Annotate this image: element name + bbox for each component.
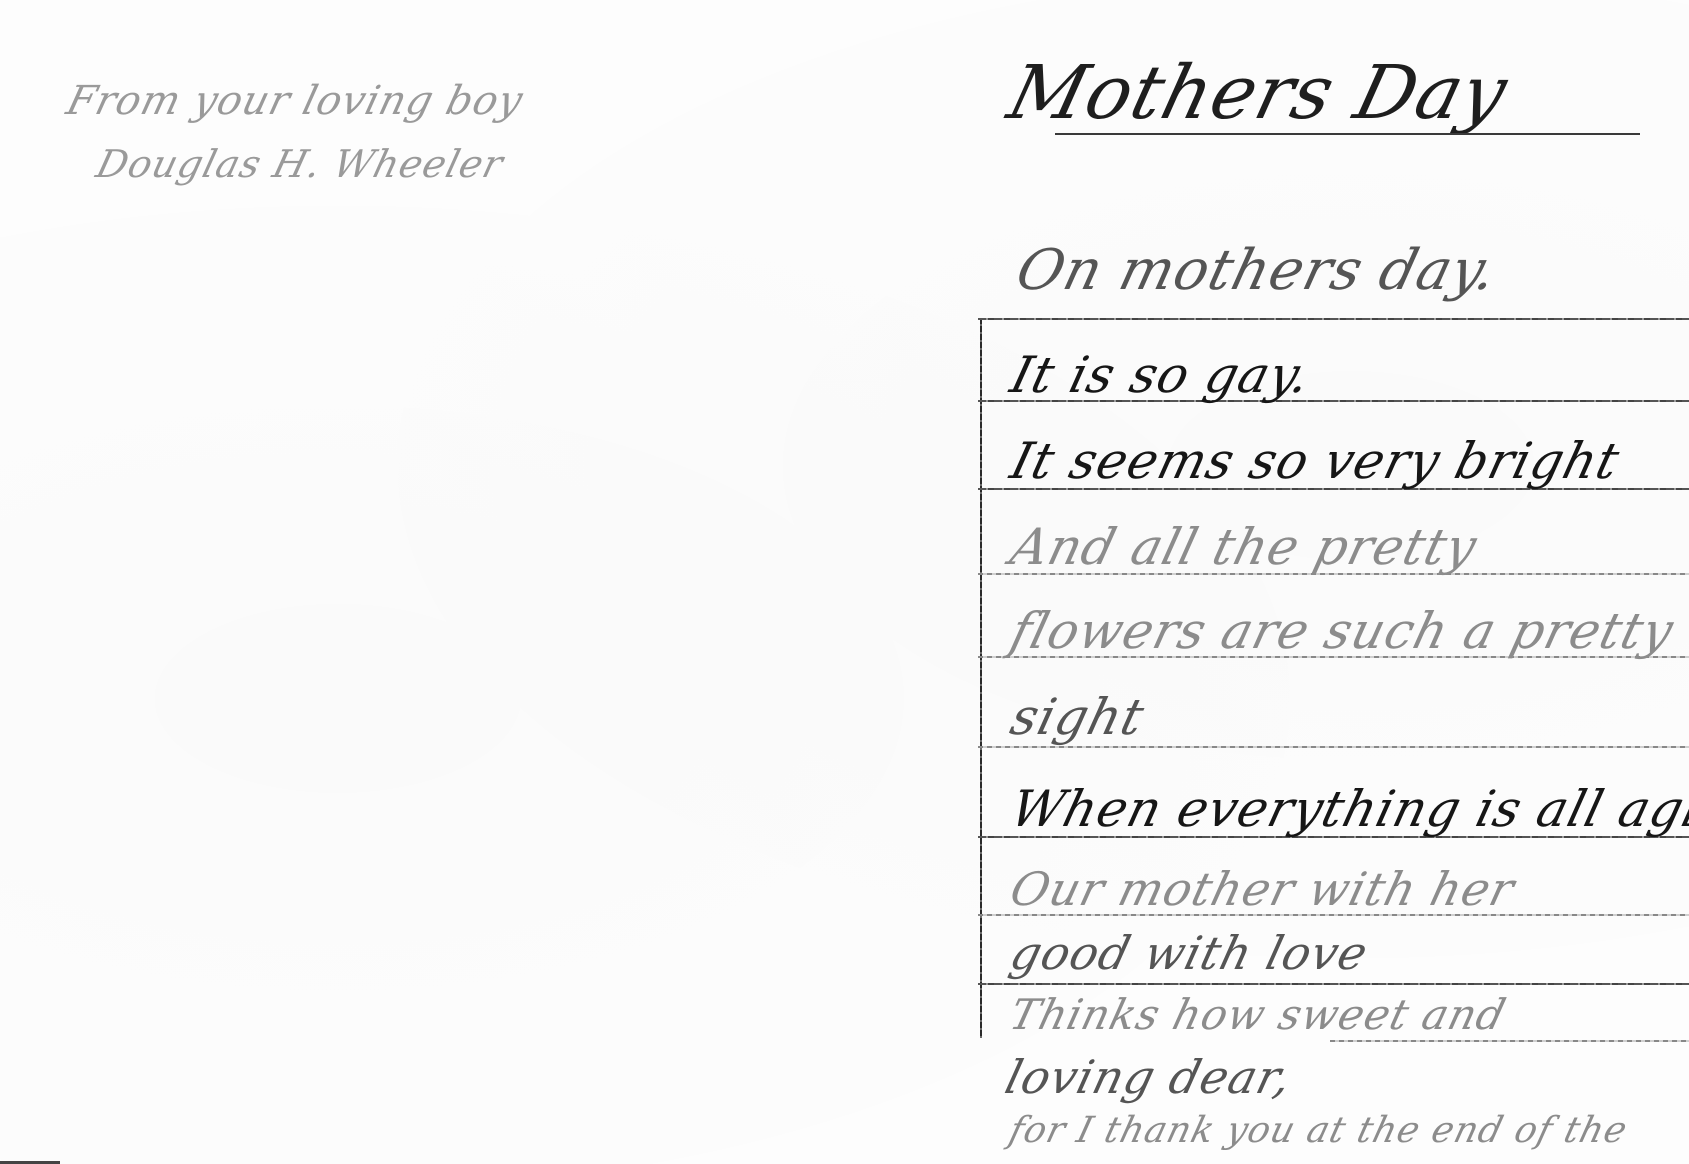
poem-line-11: loving dear,: [1000, 1050, 1298, 1104]
ruled-line: [978, 983, 1689, 985]
poem-line-9: good with love: [1005, 926, 1374, 980]
poem-line-10: Thinks how sweet and: [1005, 990, 1511, 1039]
ruled-line: [978, 746, 1689, 748]
poem-line-3: It seems so very bright: [1005, 432, 1626, 490]
poem-line-12: for I thank you at the end of the: [1005, 1110, 1632, 1151]
margin-line: [980, 318, 982, 1038]
ruled-line: [978, 318, 1689, 320]
poem-line-7: When everything is all aglow: [1005, 780, 1689, 838]
poem-line-2: It is so gay.: [1005, 346, 1317, 404]
poem-line-8: Our mother with her: [1005, 862, 1520, 916]
poem-title: Mothers Day: [1000, 50, 1516, 136]
poem-line-6: sight: [1005, 688, 1150, 746]
poem-line-4: And all the pretty: [1005, 518, 1483, 576]
poem-line-5: flowers are such a pretty: [1005, 602, 1680, 660]
dedication-signature: Douglas H. Wheeler: [92, 142, 508, 186]
title-underline: [1055, 133, 1640, 135]
poem-line-1: On mothers day.: [1010, 238, 1504, 303]
dedication-line-1: From your loving boy: [62, 78, 528, 124]
ruled-line: [1330, 1040, 1689, 1042]
